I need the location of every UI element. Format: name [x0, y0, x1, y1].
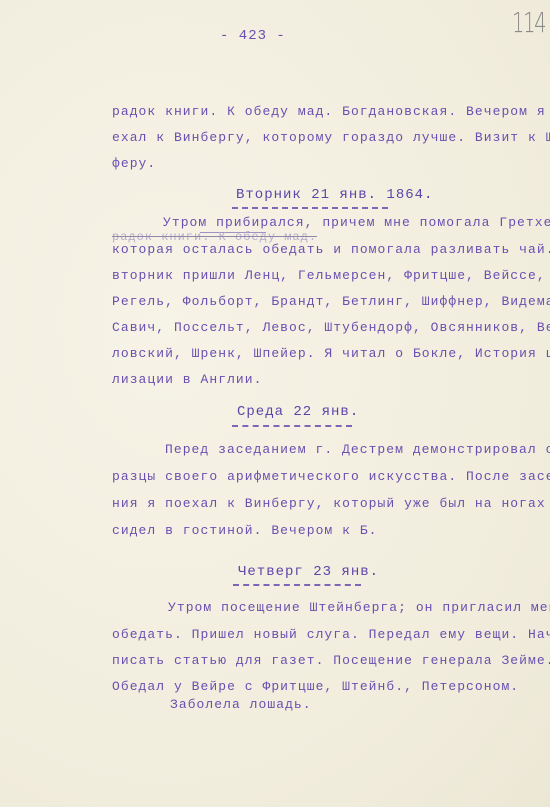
text-line: которая осталась обедать и помогала разл…: [112, 242, 550, 257]
text-line: Обедал у Вейре с Фритцше, Штейнб., Петер…: [112, 679, 519, 694]
text-line: феру.: [112, 156, 156, 171]
text-line: разцы своего арифметического искусства. …: [112, 469, 550, 484]
text-line: Перед заседанием г. Дестрем демонстриров…: [165, 442, 550, 457]
heading-underline: [232, 207, 388, 209]
archive-folio-number: 114: [512, 6, 545, 39]
text-line: Утром посещение Штейнберга; он пригласил…: [168, 600, 550, 615]
heading-underline: [232, 425, 352, 427]
text-line: Савич, Поссельт, Левос, Штубендорф, Овся…: [112, 320, 550, 335]
page-number: - 423 -: [220, 28, 286, 44]
text-line: Заболела лошадь.: [170, 697, 312, 712]
text-line: сидел в гостиной. Вечером к Б.: [112, 523, 378, 538]
text-line: Регель, Фольборт, Брандт, Бетлинг, Шиффн…: [112, 294, 550, 309]
typewritten-page: 114 - 423 - радок книги. К обеду мад. Бо…: [0, 0, 550, 807]
heading-underline: [233, 584, 361, 586]
text-line: ехал к Винбергу, которому гораздо лучше.…: [112, 130, 550, 145]
entry-heading-tuesday: Вторник 21 янв. 1864.: [236, 187, 433, 203]
text-line: радок книги. К обеду мад. Богдановская. …: [112, 104, 550, 119]
text-line: вторник пришли Ленц, Гельмерсен, Фритцше…: [112, 268, 550, 283]
text-line: ловский, Шренк, Шпейер. Я читал о Бокле,…: [112, 346, 550, 361]
entry-heading-thursday: Четверг 23 янв.: [238, 564, 379, 580]
entry-heading-wednesday: Среда 22 янв.: [237, 404, 359, 420]
text-line: писать статью для газет. Посещение генер…: [112, 653, 550, 668]
text-line: ния я поехал к Винбергу, который уже был…: [112, 496, 550, 511]
text-line: лизации в Англии.: [112, 372, 262, 387]
text-line: обедать. Пришел новый слуга. Передал ему…: [112, 627, 550, 642]
